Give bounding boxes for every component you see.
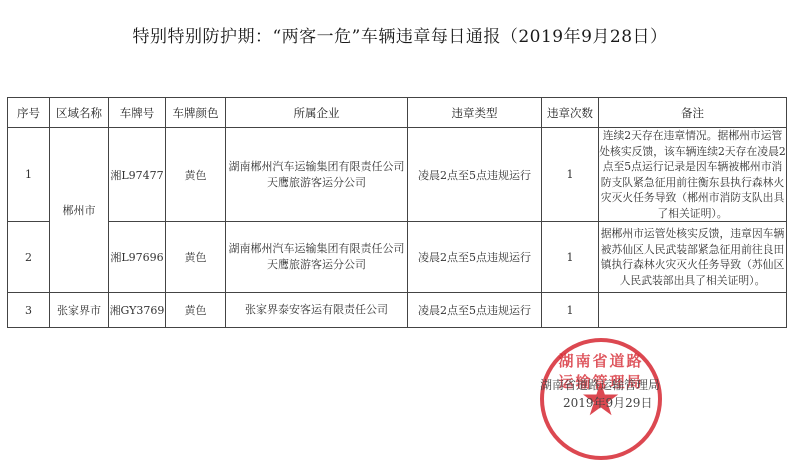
cell-count: 1 (542, 128, 599, 222)
header-plate: 车牌号 (109, 98, 166, 128)
cell-plate-color: 黄色 (166, 128, 226, 222)
header-plate-color: 车牌颜色 (166, 98, 226, 128)
cell-company: 湖南郴州汽车运输集团有限责任公司 天鹰旅游客运分公司 (226, 128, 408, 222)
cell-plate: 湘L97696 (109, 222, 166, 293)
company-line1: 湖南郴州汽车运输集团有限责任公司 (226, 159, 407, 175)
cell-region: 张家界市 (50, 293, 109, 328)
cell-plate-color: 黄色 (166, 293, 226, 328)
cell-plate: 湘L97477 (109, 128, 166, 222)
company-line1: 张家界泰安客运有限责任公司 (226, 302, 407, 318)
cell-index: 1 (8, 128, 50, 222)
signature-date: 2019年9月29日 (563, 394, 652, 411)
company-line2: 天鹰旅游客运分公司 (226, 257, 407, 273)
cell-violation-type: 凌晨2点至5点违规运行 (408, 222, 542, 293)
company-line1: 湖南郴州汽车运输集团有限责任公司 (226, 241, 407, 257)
cell-count: 1 (542, 222, 599, 293)
cell-index: 2 (8, 222, 50, 293)
cell-remark: 据郴州市运管处核实反馈，违章因车辆被苏仙区人民武装部紧急征用前往良田镇执行森林火… (599, 222, 787, 293)
cell-company: 湖南郴州汽车运输集团有限责任公司 天鹰旅游客运分公司 (226, 222, 408, 293)
cell-company: 张家界泰安客运有限责任公司 (226, 293, 408, 328)
signature-organization: 湖南省道路运输管理局 (540, 376, 660, 393)
cell-plate-color: 黄色 (166, 222, 226, 293)
header-region: 区域名称 (50, 98, 109, 128)
violation-table: 序号 区域名称 车牌号 车牌颜色 所属企业 违章类型 违章次数 备注 1 郴州市… (7, 97, 787, 328)
header-index: 序号 (8, 98, 50, 128)
company-line2: 天鹰旅游客运分公司 (226, 175, 407, 191)
cell-count: 1 (542, 293, 599, 328)
header-violation-type: 违章类型 (408, 98, 542, 128)
cell-remark (599, 293, 787, 328)
table-header-row: 序号 区域名称 车牌号 车牌颜色 所属企业 违章类型 违章次数 备注 (8, 98, 787, 128)
cell-region: 郴州市 (50, 128, 109, 293)
cell-violation-type: 凌晨2点至5点违规运行 (408, 128, 542, 222)
table-row: 1 郴州市 湘L97477 黄色 湖南郴州汽车运输集团有限责任公司 天鹰旅游客运… (8, 128, 787, 222)
header-violation-count: 违章次数 (542, 98, 599, 128)
header-company: 所属企业 (226, 98, 408, 128)
cell-remark: 连续2天存在违章情况。据郴州市运管处核实反馈，该车辆连续2天存在凌晨2点至5点运… (599, 128, 787, 222)
cell-index: 3 (8, 293, 50, 328)
cell-plate: 湘GY3769 (109, 293, 166, 328)
header-remark: 备注 (599, 98, 787, 128)
cell-violation-type: 凌晨2点至5点违规运行 (408, 293, 542, 328)
table-row: 3 张家界市 湘GY3769 黄色 张家界泰安客运有限责任公司 凌晨2点至5点违… (8, 293, 787, 328)
report-title: 特别特别防护期：“两客一危”车辆违章每日通报（2019年9月28日） (0, 22, 800, 47)
table-row: 2 湘L97696 黄色 湖南郴州汽车运输集团有限责任公司 天鹰旅游客运分公司 … (8, 222, 787, 293)
